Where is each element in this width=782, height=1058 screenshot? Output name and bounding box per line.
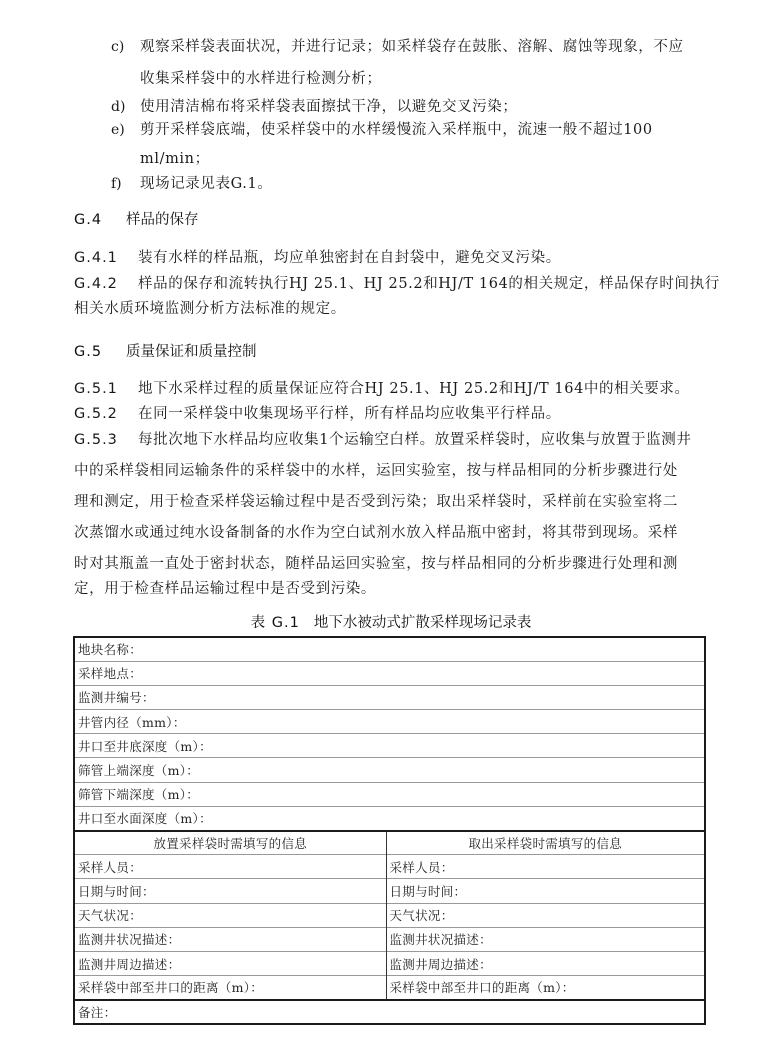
list-item-f-line-1: 现场记录见表G.1。 bbox=[140, 175, 272, 193]
field-well-depth[interactable]: 井口至井底深度（m）： bbox=[74, 734, 705, 758]
clause-text: 每批次地下水样品均应收集1个运输空白样。放置采样袋时，应收集与放置于监测井 bbox=[138, 432, 691, 448]
section-number: G.4 bbox=[74, 211, 126, 229]
table-caption: 表 G.1地下水被动式扩散采样现场记录表 bbox=[0, 614, 782, 632]
section-title: 质量保证和质量控制 bbox=[126, 344, 257, 360]
field-water-level-depth[interactable]: 井口至水面深度（m）： bbox=[74, 806, 705, 830]
clause-text: 地下水采样过程的质量保证应符合HJ 25.1、HJ 25.2和HJ/T 164中… bbox=[138, 381, 690, 397]
clause-g4-2: G.4.2样品的保存和流转执行HJ 25.1、HJ 25.2和HJ/T 164的… bbox=[74, 275, 720, 293]
field-well-id[interactable]: 监测井编号： bbox=[74, 685, 705, 709]
list-item-d-line-1: 使用清洁棉布将采样袋表面擦拭干净，以避免交叉污染； bbox=[140, 98, 518, 116]
clause-g5-3-line-2: 中的采样袋相同运输条件的采样袋中的水样，运回实验室，按与样品相同的分析步骤进行处 bbox=[74, 462, 678, 480]
field-casing-diameter[interactable]: 井管内径（mm）： bbox=[74, 710, 705, 734]
retrieve-field-weather[interactable]: 天气状况： bbox=[386, 903, 705, 927]
clause-g5-3-line-6: 定，用于检查样品运输过程中是否受到污染。 bbox=[74, 580, 376, 598]
table-row: 监测井状况描述： 监测井状况描述： bbox=[74, 927, 705, 951]
table-row: 地块名称： bbox=[74, 637, 705, 661]
table-row: 井管内径（mm）： bbox=[74, 710, 705, 734]
retrieve-field-well-condition[interactable]: 监测井状况描述： bbox=[386, 927, 705, 951]
retrieve-field-sampler[interactable]: 采样人员： bbox=[386, 855, 705, 879]
retrieve-field-surroundings[interactable]: 监测井周边描述： bbox=[386, 951, 705, 975]
field-screen-bottom-depth[interactable]: 筛管下端深度（m）： bbox=[74, 782, 705, 806]
clause-number: G.4.2 bbox=[74, 275, 138, 293]
field-plot-name[interactable]: 地块名称： bbox=[74, 637, 705, 661]
list-item-e-line-2: ml/min； bbox=[140, 150, 210, 168]
clause-g5-1: G.5.1地下水采样过程的质量保证应符合HJ 25.1、HJ 25.2和HJ/T… bbox=[74, 380, 690, 398]
table-row: 采样袋中部至井口的距离（m）： 采样袋中部至井口的距离（m）： bbox=[74, 976, 705, 1000]
table-row: 筛管下端深度（m）： bbox=[74, 782, 705, 806]
section-heading-g5: G.5质量保证和质量控制 bbox=[74, 343, 257, 361]
document-page: c) 观察采样袋表面状况，并进行记录；如采样袋存在鼓胀、溶解、腐蚀等现象，不应 … bbox=[0, 0, 782, 1058]
clause-number: G.5.1 bbox=[74, 380, 138, 398]
list-marker-d: d) bbox=[111, 98, 125, 116]
list-item-e-line-1: 剪开采样袋底端，使采样袋中的水样缓慢流入采样瓶中，流速一般不超过100 bbox=[140, 121, 653, 139]
field-record-table: 地块名称： 采样地点： 监测井编号： 井管内径（mm）： 井口至井底深度（m）：… bbox=[73, 636, 706, 1025]
field-sampling-location[interactable]: 采样地点： bbox=[74, 661, 705, 685]
clause-g5-2: G.5.2在同一采样袋中收集现场平行样，所有样品均应收集平行样品。 bbox=[74, 405, 561, 423]
clause-g5-3-line-4: 次蒸馏水或通过纯水设备制备的水作为空白试剂水放入样品瓶中密封，将其带到现场。采样 bbox=[74, 524, 678, 542]
column-header-deploy: 放置采样袋时需填写的信息 bbox=[74, 831, 386, 855]
clause-g5-3: G.5.3每批次地下水样品均应收集1个运输空白样。放置采样袋时，应收集与放置于监… bbox=[74, 431, 691, 449]
table-title: 地下水被动式扩散采样现场记录表 bbox=[314, 615, 532, 631]
field-screen-top-depth[interactable]: 筛管上端深度（m）： bbox=[74, 758, 705, 782]
section-title: 样品的保存 bbox=[126, 212, 199, 228]
table-number: 表 G.1 bbox=[251, 615, 300, 631]
clause-g5-3-line-3: 理和测定，用于检查采样袋运输过程中是否受到污染；取出采样袋时，采样前在实验室将二 bbox=[74, 493, 678, 511]
clause-number: G.4.1 bbox=[74, 249, 138, 267]
table-row: 井口至井底深度（m）： bbox=[74, 734, 705, 758]
clause-number: G.5.2 bbox=[74, 405, 138, 423]
table-row: 备注： bbox=[74, 1000, 705, 1024]
clause-text: 装有水样的样品瓶，均应单独密封在自封袋中，避免交叉污染。 bbox=[138, 250, 561, 266]
table-row: 采样人员： 采样人员： bbox=[74, 855, 705, 879]
deploy-field-sampler[interactable]: 采样人员： bbox=[74, 855, 386, 879]
clause-number: G.5.3 bbox=[74, 431, 138, 449]
table-row: 采样地点： bbox=[74, 661, 705, 685]
table-row: 井口至水面深度（m）： bbox=[74, 806, 705, 830]
clause-text: 在同一采样袋中收集现场平行样，所有样品均应收集平行样品。 bbox=[138, 406, 561, 422]
field-remarks[interactable]: 备注： bbox=[74, 1000, 705, 1024]
section-number: G.5 bbox=[74, 343, 126, 361]
list-item-c-line-2: 收集采样袋中的水样进行检测分析； bbox=[140, 70, 382, 88]
deploy-field-datetime[interactable]: 日期与时间： bbox=[74, 879, 386, 903]
clause-g5-3-line-5: 时对其瓶盖一直处于密封状态，随样品运回实验室，按与样品相同的分析步骤进行处理和测 bbox=[74, 555, 678, 573]
retrieve-field-datetime[interactable]: 日期与时间： bbox=[386, 879, 705, 903]
deploy-field-surroundings[interactable]: 监测井周边描述： bbox=[74, 951, 386, 975]
deploy-field-well-condition[interactable]: 监测井状况描述： bbox=[74, 927, 386, 951]
table-row: 筛管上端深度（m）： bbox=[74, 758, 705, 782]
list-marker-c: c) bbox=[111, 38, 124, 56]
table-row: 监测井周边描述： 监测井周边描述： bbox=[74, 951, 705, 975]
list-item-c-line-1: 观察采样袋表面状况，并进行记录；如采样袋存在鼓胀、溶解、腐蚀等现象，不应 bbox=[140, 38, 684, 56]
clause-g4-1: G.4.1装有水样的样品瓶，均应单独密封在自封袋中，避免交叉污染。 bbox=[74, 249, 561, 267]
retrieve-field-bag-depth[interactable]: 采样袋中部至井口的距离（m）： bbox=[386, 976, 705, 1000]
clause-g4-2-line-2: 相关水质环境监测分析方法标准的规定。 bbox=[74, 300, 346, 318]
list-marker-f: f) bbox=[111, 175, 122, 193]
clause-text: 样品的保存和流转执行HJ 25.1、HJ 25.2和HJ/T 164的相关规定，… bbox=[138, 276, 720, 292]
table-row: 天气状况： 天气状况： bbox=[74, 903, 705, 927]
deploy-field-bag-depth[interactable]: 采样袋中部至井口的距离（m）： bbox=[74, 976, 386, 1000]
section-heading-g4: G.4样品的保存 bbox=[74, 211, 199, 229]
deploy-field-weather[interactable]: 天气状况： bbox=[74, 903, 386, 927]
table-row: 日期与时间： 日期与时间： bbox=[74, 879, 705, 903]
list-marker-e: e) bbox=[111, 121, 125, 139]
table-header-row: 放置采样袋时需填写的信息 取出采样袋时需填写的信息 bbox=[74, 831, 705, 855]
column-header-retrieve: 取出采样袋时需填写的信息 bbox=[386, 831, 705, 855]
table-row: 监测井编号： bbox=[74, 685, 705, 709]
